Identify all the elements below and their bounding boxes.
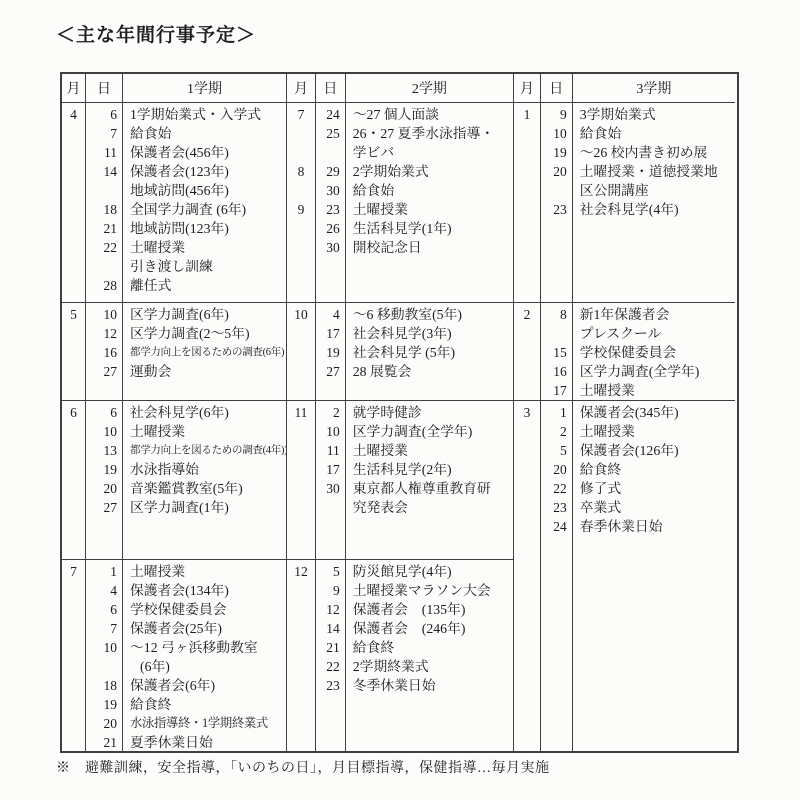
month-column: 789	[287, 103, 316, 302]
schedule-band: 661013192027社会科見学(6年)土曜授業都学力向上を図るための調査(4…	[62, 401, 286, 560]
event-cell: 給食終	[346, 638, 513, 657]
day-cell: 27	[86, 498, 122, 517]
event-cell: 1学期始業式・入学式	[123, 105, 286, 124]
event-column: 区学力調査(6年)区学力調査(2～5年)都学力向上を図るための調査(6年)運動会	[123, 303, 286, 400]
day-cell: 14	[86, 162, 122, 181]
event-cell: 2学期始業式	[346, 162, 513, 181]
event-cell: 運動会	[123, 362, 286, 381]
event-cell: 地域訪問(123年)	[123, 219, 286, 238]
month-cell	[62, 581, 85, 600]
event-cell: 社会科見学(3年)	[346, 324, 513, 343]
event-cell: 保護者会(134年)	[123, 581, 286, 600]
month-cell	[62, 498, 85, 517]
day-cell: 19	[541, 143, 572, 162]
month-cell	[514, 479, 540, 498]
schedule-band: 104171927～6 移動教室(5年)社会科見学(3年)社会科見学 (5年)2…	[287, 303, 513, 401]
event-cell: 区学力調査(1年)	[123, 498, 286, 517]
event-column: 3学期始業式給食始～26 校内書き初め展土曜授業・道徳授業地区公開講座社会科見学…	[573, 103, 735, 302]
day-column: 61013192027	[86, 401, 123, 559]
day-cell: 20	[541, 162, 572, 181]
day-cell: 7	[86, 124, 122, 143]
event-column: 社会科見学(6年)土曜授業都学力向上を図るための調査(4年))水泳指導始音楽鑑賞…	[123, 401, 286, 559]
month-column: 1	[514, 103, 541, 302]
event-cell: 東京都人権尊重教育研	[346, 479, 513, 498]
day-cell: 10	[86, 638, 122, 657]
day-cell: 22	[541, 479, 572, 498]
month-cell	[514, 362, 540, 381]
month-cell	[62, 324, 85, 343]
event-cell: 地域訪問(456年)	[123, 181, 286, 200]
month-cell	[62, 362, 85, 381]
day-column: 24252930232630	[316, 103, 346, 302]
day-cell: 24	[316, 105, 345, 124]
month-cell	[514, 200, 540, 219]
event-cell: 春季休業日始	[573, 517, 735, 536]
day-cell: 7	[86, 619, 122, 638]
event-cell: 土曜授業	[123, 238, 286, 257]
day-column: 210111730	[316, 401, 346, 559]
event-cell: 全国学力調査 (6年)	[123, 200, 286, 219]
month-cell	[62, 619, 85, 638]
event-cell: 給食終	[573, 460, 735, 479]
event-cell: 水泳指導始	[123, 460, 286, 479]
event-cell: 学校保健委員会	[573, 343, 735, 362]
month-cell	[62, 441, 85, 460]
month-cell	[514, 441, 540, 460]
month-cell: 2	[514, 305, 540, 324]
month-cell: 11	[287, 403, 315, 422]
event-cell: 保護者会(6年)	[123, 676, 286, 695]
term-group-3: 月日3学期19101920233学期始業式給食始～26 校内書き初め展土曜授業・…	[513, 74, 735, 751]
day-cell: 20	[86, 479, 122, 498]
day-cell: 20	[86, 714, 122, 733]
day-cell	[86, 257, 122, 276]
day-cell: 30	[316, 479, 345, 498]
month-cell	[62, 257, 85, 276]
schedule-band: 19101920233学期始業式給食始～26 校内書き初め展土曜授業・道徳授業地…	[514, 103, 735, 303]
day-cell: 16	[86, 343, 122, 362]
schedule-band: 714671018192021土曜授業保護者会(134年)学校保健委員会保護者会…	[62, 560, 286, 751]
day-cell: 9	[541, 105, 572, 124]
day-cell: 6	[86, 600, 122, 619]
month-cell	[287, 238, 315, 257]
month-cell	[287, 479, 315, 498]
day-column: 591214212223	[316, 560, 346, 751]
event-cell: 土曜授業	[573, 422, 735, 441]
event-cell: 土曜授業	[123, 562, 286, 581]
event-cell: 社会科見学(6年)	[123, 403, 286, 422]
month-cell	[287, 181, 315, 200]
schedule-band: 4671114182122281学期始業式・入学式給食始保護者会(456年)保護…	[62, 103, 286, 303]
event-cell: 修了式	[573, 479, 735, 498]
day-column: 12520222324	[541, 401, 573, 751]
day-cell: 22	[316, 657, 345, 676]
month-cell	[287, 638, 315, 657]
month-cell	[62, 200, 85, 219]
group-header: 月日1学期	[62, 74, 286, 103]
month-cell	[287, 422, 315, 441]
schedule-band: 312520222324保護者会(345年)土曜授業保護者会(126年)給食終修…	[514, 401, 735, 751]
month-cell	[514, 162, 540, 181]
day-cell: 23	[316, 200, 345, 219]
day-cell: 30	[316, 181, 345, 200]
event-cell: 水泳指導終・1学期終業式	[123, 714, 286, 733]
day-cell: 17	[316, 324, 345, 343]
event-cell: 防災館見学(4年)	[346, 562, 513, 581]
event-cell: 区学力調査(全学年)	[573, 362, 735, 381]
event-cell: 就学時健診	[346, 403, 513, 422]
day-column: 4171927	[316, 303, 346, 400]
event-cell: 都学力向上を図るための調査(4年))	[123, 441, 286, 460]
month-cell	[514, 181, 540, 200]
day-cell: 4	[316, 305, 345, 324]
schedule-band: 510121627区学力調査(6年)区学力調査(2～5年)都学力向上を図るための…	[62, 303, 286, 401]
month-cell	[287, 124, 315, 143]
day-cell: 4	[86, 581, 122, 600]
event-cell: 社会科見学 (5年)	[346, 343, 513, 362]
event-column: ～27 個人面談26・27 夏季水泳指導・学ビバ2学期始業式給食始土曜授業生活科…	[346, 103, 513, 302]
day-cell: 10	[541, 124, 572, 143]
event-cell: 土曜授業マラソン大会	[346, 581, 513, 600]
day-cell: 5	[541, 441, 572, 460]
day-cell: 17	[316, 460, 345, 479]
schedule-band: 12591214212223防災館見学(4年)土曜授業マラソン大会保護者会 (1…	[287, 560, 513, 751]
day-cell: 12	[86, 324, 122, 343]
day-cell: 26	[316, 219, 345, 238]
schedule-band: 28151617新1年保護者会プレスクール学校保健委員会区学力調査(全学年)土曜…	[514, 303, 735, 401]
day-column: 67111418212228	[86, 103, 123, 302]
event-cell: (6年)	[123, 657, 286, 676]
month-cell	[514, 422, 540, 441]
month-cell	[287, 362, 315, 381]
month-cell	[287, 441, 315, 460]
month-cell	[62, 238, 85, 257]
event-cell: 生活科見学(1年)	[346, 219, 513, 238]
page-title: ＜主な年間行事予定＞	[56, 20, 256, 47]
event-cell: 保護者会 (246年)	[346, 619, 513, 638]
event-cell: 夏季休業日始	[123, 733, 286, 751]
day-cell: 8	[541, 305, 572, 324]
event-cell: 引き渡し訓練	[123, 257, 286, 276]
month-cell	[62, 219, 85, 238]
event-cell: 区学力調査(6年)	[123, 305, 286, 324]
day-cell: 17	[541, 381, 572, 400]
month-header-cell: 月	[287, 74, 316, 102]
event-cell: 区学力調査(2～5年)	[123, 324, 286, 343]
day-cell: 1	[86, 562, 122, 581]
day-header-cell: 日	[316, 74, 346, 102]
day-cell: 10	[86, 422, 122, 441]
month-cell	[514, 517, 540, 536]
day-cell	[316, 498, 345, 517]
schedule-band: 78924252930232630～27 個人面談26・27 夏季水泳指導・学ビ…	[287, 103, 513, 303]
event-cell: 究発表会	[346, 498, 513, 517]
event-cell: 3学期始業式	[573, 105, 735, 124]
day-cell: 11	[316, 441, 345, 460]
day-cell: 29	[316, 162, 345, 181]
group-header: 月日3学期	[514, 74, 735, 103]
month-column: 4	[62, 103, 86, 302]
event-cell: 給食始	[123, 124, 286, 143]
month-column: 5	[62, 303, 86, 400]
event-cell: 新1年保護者会	[573, 305, 735, 324]
event-cell: 土曜授業・道徳授業地	[573, 162, 735, 181]
event-cell: 学ビバ	[346, 143, 513, 162]
month-cell	[287, 219, 315, 238]
event-cell: 卒業式	[573, 498, 735, 517]
month-column: 11	[287, 401, 316, 559]
month-cell	[514, 124, 540, 143]
day-cell	[86, 181, 122, 200]
event-cell: 土曜授業	[573, 381, 735, 400]
event-cell: 都学力向上を図るための調査(6年)	[123, 343, 286, 362]
month-cell	[287, 343, 315, 362]
event-cell: ～6 移動教室(5年)	[346, 305, 513, 324]
month-cell	[514, 343, 540, 362]
event-cell: 保護者会(126年)	[573, 441, 735, 460]
day-cell: 19	[86, 695, 122, 714]
day-cell: 20	[541, 460, 572, 479]
day-cell	[86, 657, 122, 676]
month-cell: 9	[287, 200, 315, 219]
day-cell: 5	[316, 562, 345, 581]
event-cell: 26・27 夏季水泳指導・	[346, 124, 513, 143]
month-cell: 10	[287, 305, 315, 324]
event-cell: 保護者会 (135年)	[346, 600, 513, 619]
day-cell: 25	[316, 124, 345, 143]
event-cell: 土曜授業	[123, 422, 286, 441]
group-header: 月日2学期	[287, 74, 513, 103]
month-cell	[62, 733, 85, 751]
term-group-2: 月日2学期78924252930232630～27 個人面談26・27 夏季水泳…	[286, 74, 513, 751]
month-column: 12	[287, 560, 316, 751]
event-cell: 28 展覧会	[346, 362, 513, 381]
day-cell: 15	[541, 343, 572, 362]
month-cell	[62, 343, 85, 362]
month-cell	[62, 638, 85, 657]
event-cell: 学校保健委員会	[123, 600, 286, 619]
month-cell	[62, 460, 85, 479]
month-column: 10	[287, 303, 316, 400]
day-cell: 22	[86, 238, 122, 257]
event-cell: 社会科見学(4年)	[573, 200, 735, 219]
month-cell	[287, 581, 315, 600]
event-cell: 土曜授業	[346, 441, 513, 460]
annual-schedule-table: 月日1学期4671114182122281学期始業式・入学式給食始保護者会(45…	[60, 72, 739, 753]
day-column: 8151617	[541, 303, 573, 400]
event-cell: 土曜授業	[346, 200, 513, 219]
month-cell: 7	[287, 105, 315, 124]
month-cell	[62, 162, 85, 181]
event-cell: 保護者会(456年)	[123, 143, 286, 162]
day-cell: 13	[86, 441, 122, 460]
event-column: 新1年保護者会プレスクール学校保健委員会区学力調査(全学年)土曜授業	[573, 303, 735, 400]
day-cell: 28	[86, 276, 122, 295]
month-cell: 8	[287, 162, 315, 181]
month-cell	[287, 619, 315, 638]
month-header-cell: 月	[62, 74, 86, 102]
month-cell	[514, 324, 540, 343]
month-column: 3	[514, 401, 541, 751]
month-cell	[287, 600, 315, 619]
monthly-activities-footnote: ※ 避難訓練，安全指導，「いのちの日」，月目標指導，保健指導…毎月実施	[56, 757, 550, 777]
event-cell: 区学力調査(全学年)	[346, 422, 513, 441]
day-cell: 24	[541, 517, 572, 536]
month-cell: 3	[514, 403, 540, 422]
month-column: 6	[62, 401, 86, 559]
event-cell: 保護者会(345年)	[573, 403, 735, 422]
day-column: 10121627	[86, 303, 123, 400]
day-cell: 12	[316, 600, 345, 619]
day-cell: 27	[86, 362, 122, 381]
day-cell: 2	[541, 422, 572, 441]
day-cell: 27	[316, 362, 345, 381]
month-cell	[62, 479, 85, 498]
day-cell	[541, 181, 572, 200]
event-cell: ～26 校内書き初め展	[573, 143, 735, 162]
day-cell: 10	[316, 422, 345, 441]
event-cell: 給食始	[573, 124, 735, 143]
month-cell	[287, 657, 315, 676]
event-column: 就学時健診区学力調査(全学年)土曜授業生活科見学(2年)東京都人権尊重教育研究発…	[346, 401, 513, 559]
month-cell	[62, 714, 85, 733]
month-cell	[62, 695, 85, 714]
month-cell	[287, 676, 315, 695]
event-cell: 生活科見学(2年)	[346, 460, 513, 479]
month-column: 2	[514, 303, 541, 400]
term-header-cell: 2学期	[346, 74, 513, 102]
event-column: 保護者会(345年)土曜授業保護者会(126年)給食終修了式卒業式春季休業日始	[573, 401, 735, 751]
month-cell: 12	[287, 562, 315, 581]
day-cell: 23	[541, 498, 572, 517]
term-header-cell: 1学期	[123, 74, 286, 102]
month-cell	[514, 143, 540, 162]
month-cell: 6	[62, 403, 85, 422]
month-cell: 4	[62, 105, 85, 124]
day-cell: 19	[86, 460, 122, 479]
day-cell	[316, 143, 345, 162]
month-cell	[514, 460, 540, 479]
day-cell: 1	[541, 403, 572, 422]
day-column: 910192023	[541, 103, 573, 302]
event-cell: 開校記念日	[346, 238, 513, 257]
month-cell	[62, 676, 85, 695]
day-column: 14671018192021	[86, 560, 123, 751]
event-cell: ～27 個人面談	[346, 105, 513, 124]
month-cell	[514, 381, 540, 400]
event-cell: 音楽鑑賞教室(5年)	[123, 479, 286, 498]
day-cell: 14	[316, 619, 345, 638]
month-cell	[62, 276, 85, 295]
term-group-1: 月日1学期4671114182122281学期始業式・入学式給食始保護者会(45…	[62, 74, 286, 751]
day-cell: 23	[541, 200, 572, 219]
day-cell: 2	[316, 403, 345, 422]
event-cell: 給食始	[346, 181, 513, 200]
month-cell	[62, 181, 85, 200]
month-cell	[62, 143, 85, 162]
day-cell: 21	[316, 638, 345, 657]
event-cell: ～12 弓ヶ浜移動教室	[123, 638, 286, 657]
event-cell: 離任式	[123, 276, 286, 295]
month-cell	[287, 324, 315, 343]
event-column: ～6 移動教室(5年)社会科見学(3年)社会科見学 (5年)28 展覧会	[346, 303, 513, 400]
month-cell	[514, 498, 540, 517]
day-header-cell: 日	[541, 74, 573, 102]
day-cell: 30	[316, 238, 345, 257]
event-column: 土曜授業保護者会(134年)学校保健委員会保護者会(25年)～12 弓ヶ浜移動教…	[123, 560, 286, 751]
event-cell: 2学期終業式	[346, 657, 513, 676]
month-cell: 1	[514, 105, 540, 124]
day-header-cell: 日	[86, 74, 123, 102]
event-cell: プレスクール	[573, 324, 735, 343]
day-cell: 21	[86, 219, 122, 238]
event-cell: 給食終	[123, 695, 286, 714]
day-cell: 10	[86, 305, 122, 324]
month-header-cell: 月	[514, 74, 541, 102]
day-cell: 19	[316, 343, 345, 362]
event-cell: 保護者会(25年)	[123, 619, 286, 638]
month-cell	[287, 498, 315, 517]
day-cell: 9	[316, 581, 345, 600]
day-cell: 6	[86, 105, 122, 124]
day-cell: 16	[541, 362, 572, 381]
term-header-cell: 3学期	[573, 74, 735, 102]
month-cell	[287, 143, 315, 162]
month-cell	[287, 460, 315, 479]
day-cell: 6	[86, 403, 122, 422]
event-cell: 保護者会(123年)	[123, 162, 286, 181]
month-cell: 5	[62, 305, 85, 324]
day-cell	[541, 324, 572, 343]
month-column: 7	[62, 560, 86, 751]
event-column: 防災館見学(4年)土曜授業マラソン大会保護者会 (135年)保護者会 (246年…	[346, 560, 513, 751]
schedule-band: 11210111730就学時健診区学力調査(全学年)土曜授業生活科見学(2年)東…	[287, 401, 513, 560]
event-cell: 冬季休業日始	[346, 676, 513, 695]
month-cell	[62, 422, 85, 441]
day-cell: 18	[86, 676, 122, 695]
event-column: 1学期始業式・入学式給食始保護者会(456年)保護者会(123年)地域訪問(45…	[123, 103, 286, 302]
month-cell	[62, 657, 85, 676]
month-cell	[62, 600, 85, 619]
day-cell: 18	[86, 200, 122, 219]
day-cell: 21	[86, 733, 122, 751]
month-cell	[62, 124, 85, 143]
day-cell: 23	[316, 676, 345, 695]
month-cell: 7	[62, 562, 85, 581]
event-cell: 区公開講座	[573, 181, 735, 200]
day-cell: 11	[86, 143, 122, 162]
